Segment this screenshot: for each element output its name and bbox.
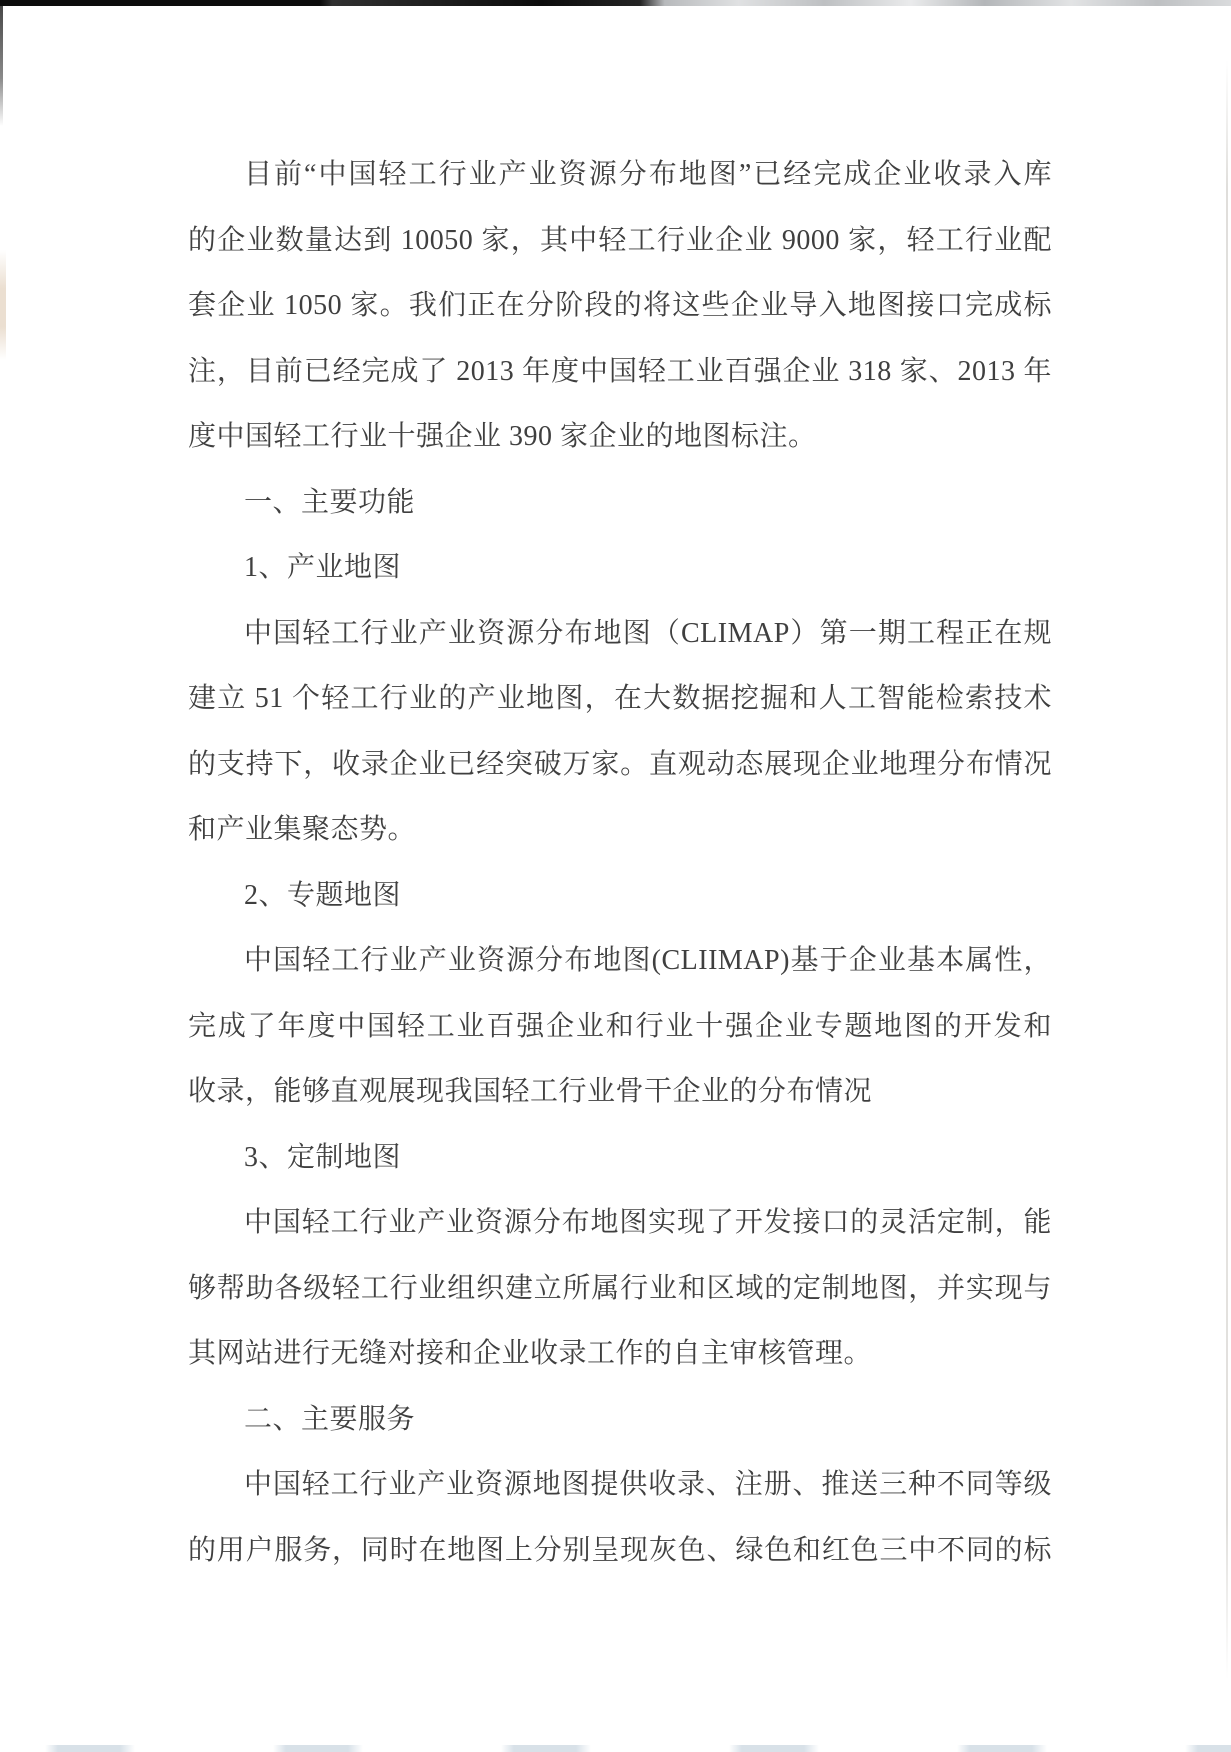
document-line: 中国轻工行业产业资源分布地图实现了开发接口的灵活定制，能: [188, 1190, 1052, 1256]
document-line: 注，目前已经完成了 2013 年度中国轻工业百强企业 318 家、2013 年: [188, 339, 1052, 405]
document-line: 套企业 1050 家。我们正在分阶段的将这些企业导入地图接口完成标: [188, 273, 1052, 339]
document-line: 其网站进行无缝对接和企业收录工作的自主审核管理。: [188, 1321, 1052, 1387]
scan-artifact-top-edge: [0, 0, 1231, 6]
document-line: 一、主要功能: [188, 470, 1052, 536]
document-line: 2、专题地图: [188, 863, 1052, 929]
document-line: 够帮助各级轻工行业组织建立所属行业和区域的定制地图，并实现与: [188, 1256, 1052, 1322]
document-line: 中国轻工行业产业资源地图提供收录、注册、推送三种不同等级: [188, 1452, 1052, 1518]
document-line: 目前“中国轻工行业产业资源分布地图”已经完成企业收录入库: [188, 142, 1052, 208]
document-line: 中国轻工行业产业资源分布地图(CLIIMAP)基于企业基本属性，: [188, 928, 1052, 994]
scan-artifact-left-smudge: [0, 250, 6, 360]
document-line: 3、定制地图: [188, 1125, 1052, 1191]
document-line: 度中国轻工行业十强企业 390 家企业的地图标注。: [188, 404, 1052, 470]
document-line: 二、主要服务: [188, 1387, 1052, 1453]
document-line: 建立 51 个轻工行业的产业地图，在大数据挖掘和人工智能检索技术: [188, 666, 1052, 732]
scanned-document-page: 目前“中国轻工行业产业资源分布地图”已经完成企业收录入库的企业数量达到 1005…: [0, 0, 1231, 1752]
document-line: 完成了年度中国轻工业百强企业和行业十强企业专题地图的开发和: [188, 994, 1052, 1060]
document-line: 1、产业地图: [188, 535, 1052, 601]
scan-artifact-bottom-edge: [0, 1745, 1231, 1752]
document-body: 目前“中国轻工行业产业资源分布地图”已经完成企业收录入库的企业数量达到 1005…: [188, 142, 1052, 1583]
document-line: 的企业数量达到 10050 家，其中轻工行业企业 9000 家，轻工行业配: [188, 208, 1052, 274]
document-line: 和产业集聚态势。: [188, 797, 1052, 863]
document-line: 收录，能够直观展现我国轻工行业骨干企业的分布情况: [188, 1059, 1052, 1125]
scan-artifact-left-edge: [0, 6, 3, 126]
document-line: 中国轻工行业产业资源分布地图（CLIMAP）第一期工程正在规划: [188, 601, 1052, 667]
document-line: 的用户服务，同时在地图上分别呈现灰色、绿色和红色三中不同的标: [188, 1518, 1052, 1584]
scan-artifact-right-edge: [1226, 60, 1228, 1680]
document-line: 的支持下，收录企业已经突破万家。直观动态展现企业地理分布情况: [188, 732, 1052, 798]
